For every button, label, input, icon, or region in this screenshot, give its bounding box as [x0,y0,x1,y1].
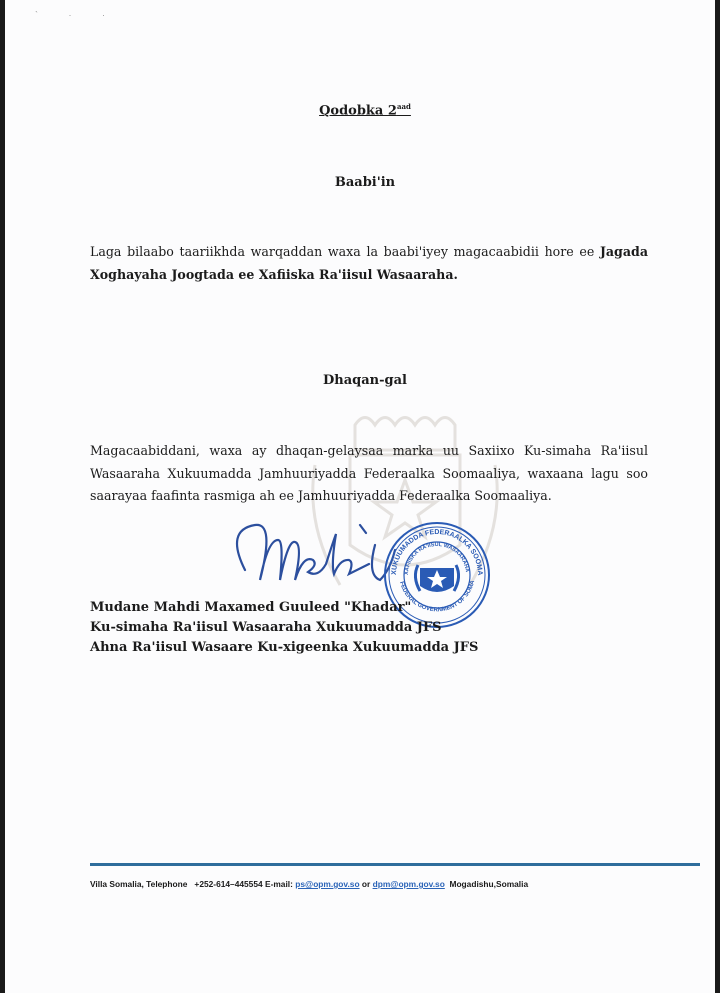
email-link-dpm[interactable]: dpm@opm.gov.so [373,879,445,889]
footer-contact: Villa Somalia, Telephone +252-614–445554… [90,879,528,889]
article-heading: Qodobka 2aad [5,102,720,118]
signatory-title-2: Ahna Ra'iisul Wasaare Ku-xigeenka Xukuum… [90,638,478,658]
section-heading-repeal: Baabi'in [5,175,720,190]
signatory-title-1: Ku-simaha Ra'iisul Wasaaraha Xukuumadda … [90,618,478,638]
signatory-block: Mudane Mahdi Maxamed Guuleed "Khadar" Ku… [90,598,478,658]
footer-phone: +252-614–445554 [194,879,262,889]
footer-address: Villa Somalia, Telephone [90,879,187,889]
document-page: ` · · Qodobka 2aad Baabi'in Laga bilaabo… [5,0,715,993]
email-link-ps[interactable]: ps@opm.gov.so [295,879,359,889]
footer-divider [90,863,700,866]
scan-marks: ` · · [35,10,119,20]
footer-or: or [362,879,370,889]
effect-paragraph: Magacaabiddani, waxa ay dhaqan-gelaysaa … [90,440,648,508]
repeal-paragraph: Laga bilaabo taariikhda warqaddan waxa l… [90,241,648,286]
signatory-name: Mudane Mahdi Maxamed Guuleed "Khadar" [90,598,478,618]
email-label: E-mail: [265,879,293,889]
section-heading-effect: Dhaqan-gal [5,373,720,388]
footer-city: Mogadishu,Somalia [449,879,528,889]
